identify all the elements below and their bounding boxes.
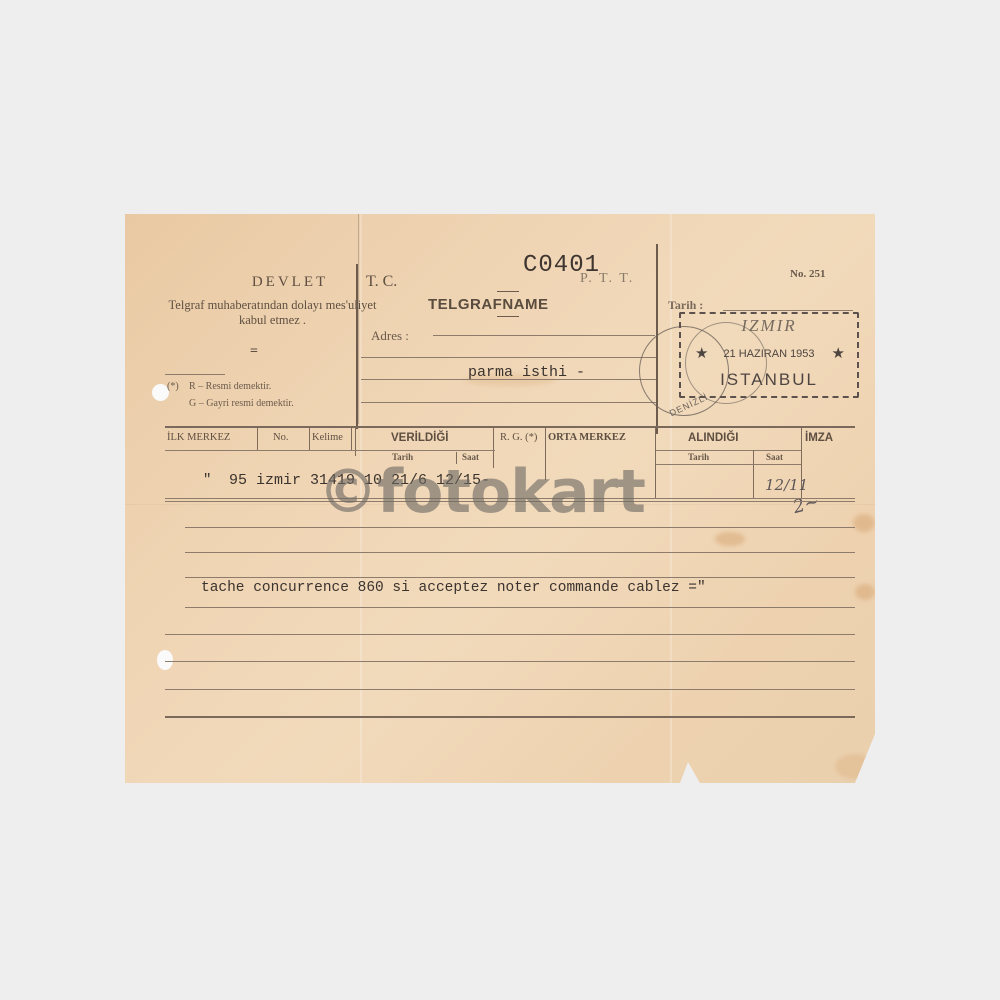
col-alindigi-saat: Saat <box>766 452 783 462</box>
star-icon: ★ <box>832 344 845 363</box>
message-line-4 <box>185 607 855 608</box>
col-divider <box>355 428 356 456</box>
message-bottom-rule <box>165 716 855 718</box>
equals-mark: = <box>250 344 258 360</box>
header-row-rule <box>165 450 495 451</box>
col-ilk-merkez: İLK MERKEZ <box>167 432 230 443</box>
col-verildigi: VERİLDİĞİ <box>391 432 449 444</box>
devlet-heading: DEVLET <box>205 274 375 291</box>
date-label: Tarih : <box>668 298 703 313</box>
message-line-1 <box>185 527 855 528</box>
address-line-3 <box>361 379 656 380</box>
liability-disclaimer: Telgraf muhaberatından dolayı mes'uliyet… <box>165 298 380 328</box>
message-body: tache concurrence 860 si acceptez noter … <box>201 580 706 596</box>
col-kelime: Kelime <box>312 432 343 443</box>
received-time: 12/11 <box>765 476 808 494</box>
address-label: Adres : <box>371 328 409 344</box>
col-orta-merkez: ORTA MERKEZ <box>548 432 626 443</box>
col-alindigi: ALINDIĞI <box>688 432 738 444</box>
message-line-5 <box>165 634 855 635</box>
col-rg: R. G. (*) <box>500 432 537 443</box>
footnote-marker: (*) <box>167 381 179 392</box>
signature: 2~ <box>791 491 822 518</box>
footnote-g: G – Gayri resmi demektir. <box>189 398 294 409</box>
col-divider <box>257 428 258 450</box>
col-divider <box>351 428 352 450</box>
message-line-2 <box>185 552 855 553</box>
address-line-4 <box>361 402 656 403</box>
title-rule <box>497 291 519 292</box>
col-imza: İMZA <box>805 432 833 444</box>
footnote-r: R – Resmi demektir. <box>189 381 271 392</box>
title-rule <box>497 316 519 317</box>
message-line-6 <box>165 661 855 662</box>
address-line-2 <box>361 357 656 358</box>
message-line-7 <box>165 689 855 690</box>
torn-edge <box>680 762 700 783</box>
alindigi-rule <box>656 450 801 451</box>
col-no: No. <box>273 432 288 443</box>
address-line-1 <box>433 335 655 336</box>
col-divider <box>655 428 656 498</box>
col-divider <box>753 450 754 498</box>
watermark: ©fotokart <box>318 462 645 522</box>
punch-hole <box>157 650 173 670</box>
alindigi-sub-rule <box>656 464 801 465</box>
form-title: TELGRAFNAME <box>428 296 549 313</box>
message-line-3 <box>185 577 855 578</box>
stain <box>715 532 745 546</box>
stain <box>853 514 875 532</box>
footnote-rule <box>165 374 225 375</box>
row-prefix: " <box>203 472 211 488</box>
header-divider-shadow <box>358 214 359 424</box>
ptt-label: P. T. T. <box>580 271 634 287</box>
form-number: No. 251 <box>790 268 825 280</box>
stain <box>855 584 875 600</box>
col-divider <box>309 428 310 450</box>
inner-postmark-circle <box>685 322 767 404</box>
table-top-rule <box>165 426 855 428</box>
date-line <box>723 310 853 311</box>
col-alindigi-tarih: Tarih <box>688 452 709 462</box>
tc-label: T. C. <box>366 273 397 291</box>
